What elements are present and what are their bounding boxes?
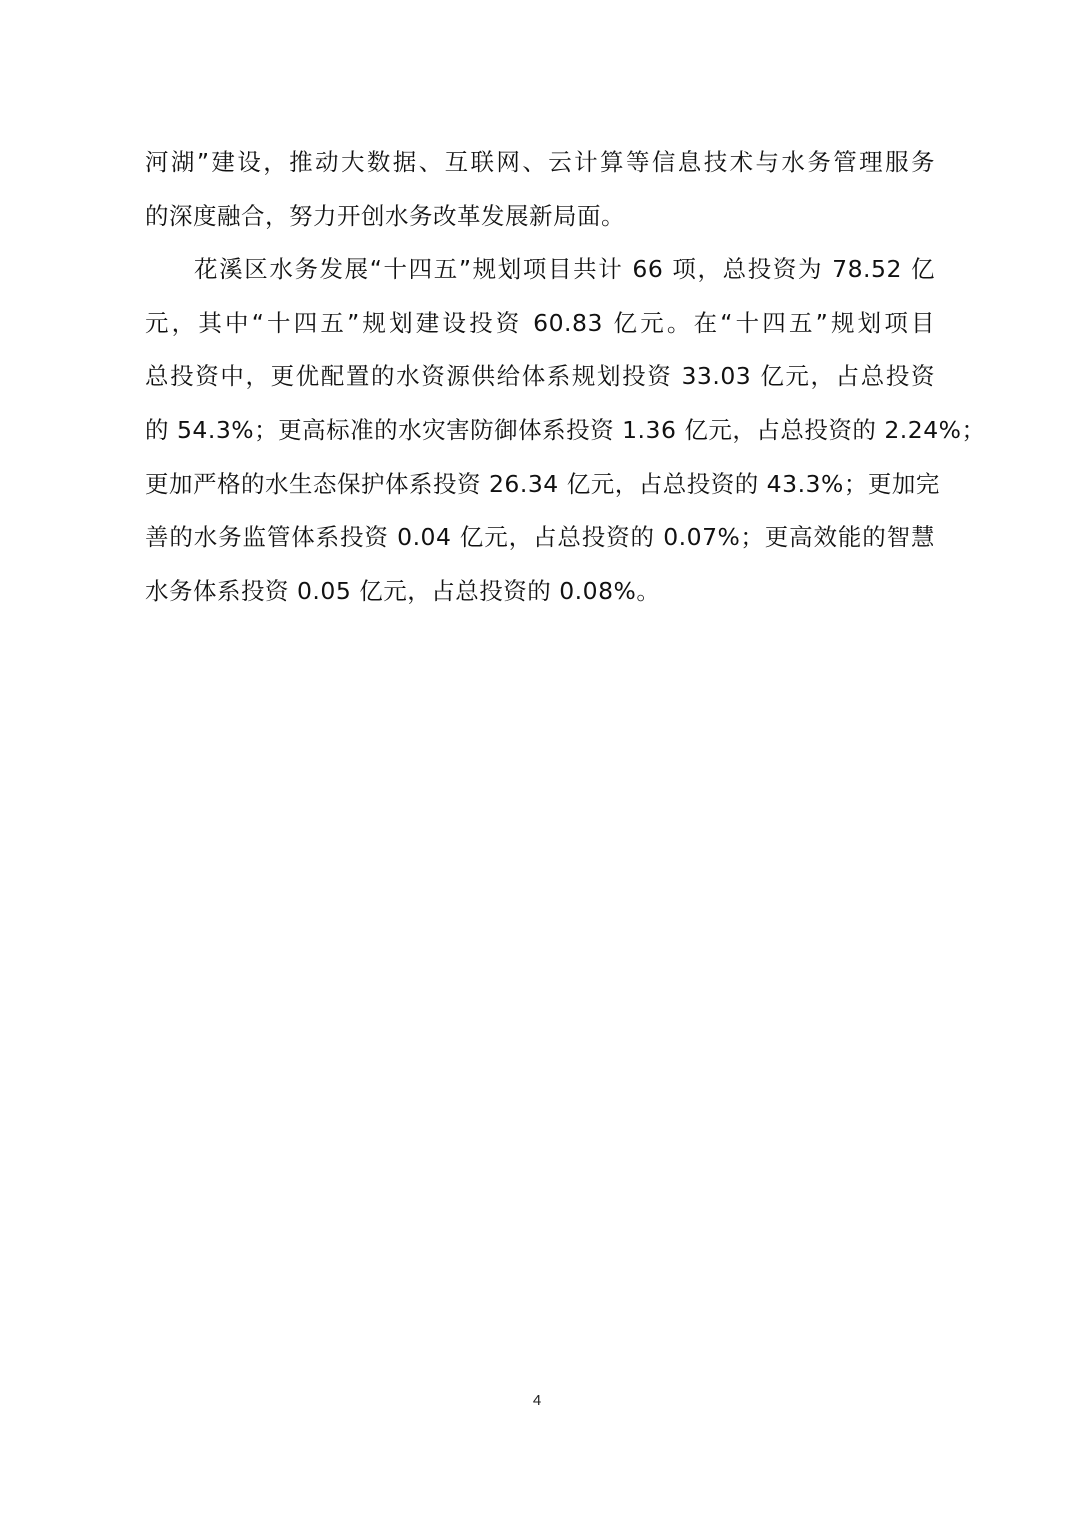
text-line: 更加严格的水生态保护体系投资 26.34 亿元，占总投资的 43.3%；更加完 — [145, 458, 935, 512]
paragraph-1: 河湖”建设，推动大数据、互联网、云计算等信息技术与水务管理服务 的深度融合，努力… — [145, 136, 935, 243]
text-line: 的 54.3%；更高标准的水灾害防御体系投资 1.36 亿元，占总投资的 2.2… — [145, 404, 935, 458]
body-text: 河湖”建设，推动大数据、互联网、云计算等信息技术与水务管理服务 的深度融合，努力… — [145, 136, 935, 618]
text-line: 的深度融合，努力开创水务改革发展新局面。 — [145, 190, 935, 244]
text-line: 河湖”建设，推动大数据、互联网、云计算等信息技术与水务管理服务 — [145, 136, 935, 190]
document-page: 河湖”建设，推动大数据、互联网、云计算等信息技术与水务管理服务 的深度融合，努力… — [0, 0, 1074, 1520]
page-number: 4 — [0, 1392, 1074, 1409]
text-line: 水务体系投资 0.05 亿元，占总投资的 0.08%。 — [145, 565, 935, 619]
text-line: 善的水务监管体系投资 0.04 亿元，占总投资的 0.07%；更高效能的智慧 — [145, 511, 935, 565]
text-line: 总投资中，更优配置的水资源供给体系规划投资 33.03 亿元，占总投资 — [145, 350, 935, 404]
text-line: 花溪区水务发展“十四五”规划项目共计 66 项，总投资为 78.52 亿 — [145, 243, 935, 297]
paragraph-2: 花溪区水务发展“十四五”规划项目共计 66 项，总投资为 78.52 亿 元，其… — [145, 243, 935, 618]
text-line: 元，其中“十四五”规划建设投资 60.83 亿元。在“十四五”规划项目 — [145, 297, 935, 351]
